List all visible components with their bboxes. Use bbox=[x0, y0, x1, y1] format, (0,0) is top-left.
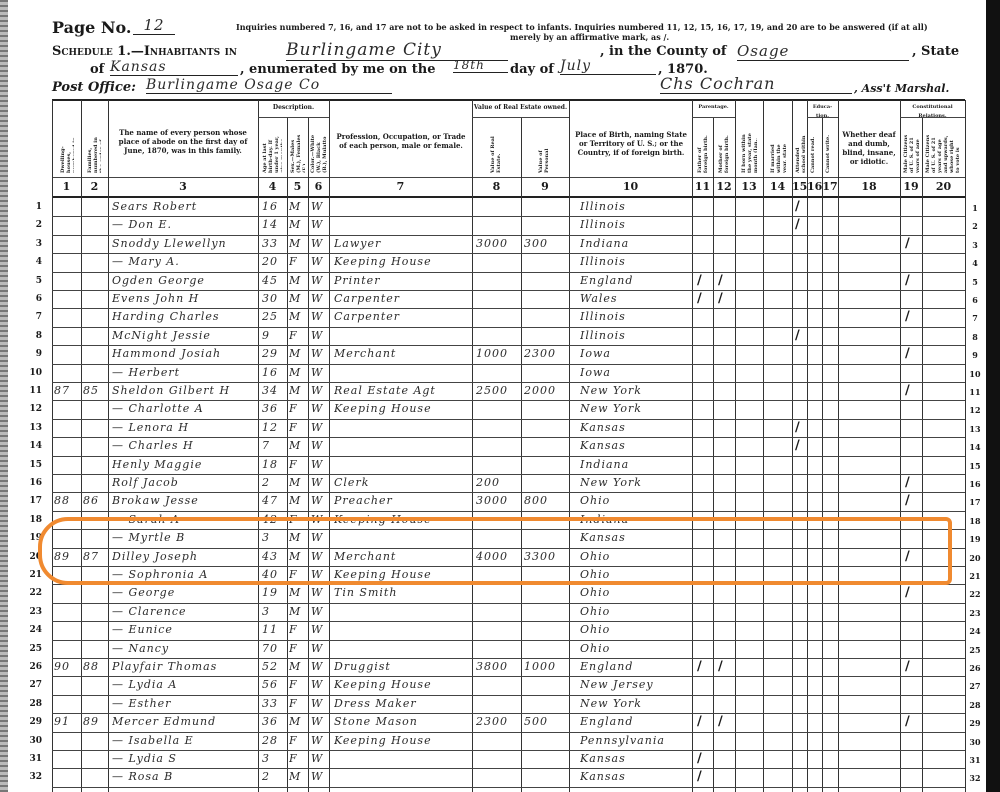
birthplace: New York bbox=[580, 697, 690, 710]
column-number: 19 bbox=[900, 180, 922, 193]
affirmative-mark: / bbox=[697, 714, 702, 729]
line-number-left: 15 bbox=[22, 460, 42, 470]
row-divider bbox=[52, 676, 965, 677]
person-name: — Isabella E bbox=[112, 734, 258, 747]
birthplace: New Jersey bbox=[580, 678, 690, 691]
line-number-left: 32 bbox=[22, 772, 42, 782]
age: 36 bbox=[262, 715, 286, 728]
line-number-right: 6 bbox=[966, 295, 984, 305]
line-number-left: 21 bbox=[22, 570, 42, 580]
line-number-right: 29 bbox=[966, 718, 984, 728]
age: 70 bbox=[262, 642, 286, 655]
row-divider bbox=[52, 511, 965, 512]
color: W bbox=[311, 274, 327, 287]
person-name: — Rosa B bbox=[112, 770, 258, 783]
personal-estate-value: 2000 bbox=[524, 384, 568, 397]
column-8-label: Value of Real Estate. bbox=[490, 133, 502, 173]
line-number-right: 22 bbox=[966, 589, 984, 599]
affirmative-mark: / bbox=[795, 328, 800, 343]
row-divider bbox=[52, 456, 965, 457]
column-number: 14 bbox=[763, 180, 792, 193]
color: W bbox=[311, 752, 327, 765]
sex: M bbox=[289, 310, 307, 323]
sex: F bbox=[289, 458, 307, 471]
color: W bbox=[311, 642, 327, 655]
person-name: Evens John H bbox=[112, 292, 258, 305]
color: W bbox=[311, 237, 327, 250]
dwelling-number: 87 bbox=[54, 384, 80, 397]
line-number-left: 12 bbox=[22, 404, 42, 414]
affirmative-mark: / bbox=[905, 714, 910, 729]
color: W bbox=[311, 458, 327, 471]
line-number-right: 32 bbox=[966, 773, 984, 783]
sex: M bbox=[289, 384, 307, 397]
line-number-left: 24 bbox=[22, 625, 42, 635]
birthplace: New York bbox=[580, 476, 690, 489]
affirmative-mark: / bbox=[697, 751, 702, 766]
column-20-label: Male Citizens of U. S. of 21 years of ag… bbox=[925, 133, 961, 173]
column-12-label: Mother of foreign birth. bbox=[718, 133, 730, 173]
line-number-right: 25 bbox=[966, 645, 984, 655]
affirmative-mark: / bbox=[905, 346, 910, 361]
column-number: 17 bbox=[822, 180, 838, 193]
row-divider bbox=[52, 750, 965, 751]
color: W bbox=[311, 384, 327, 397]
birthplace: Kansas bbox=[580, 770, 690, 783]
color: W bbox=[311, 678, 327, 691]
column-3-label: The name of every person whose place of … bbox=[112, 128, 254, 155]
table-top-border bbox=[52, 99, 965, 101]
row-divider bbox=[52, 419, 965, 420]
age: 33 bbox=[262, 237, 286, 250]
age: 12 bbox=[262, 421, 286, 434]
column-number: 11 bbox=[692, 180, 713, 193]
column-6-label: Color.—White (W.), Black (B.), Mulatto (… bbox=[310, 133, 327, 173]
column-13-label: If born within the year, state month (Ja… bbox=[741, 133, 757, 173]
age: 19 bbox=[262, 586, 286, 599]
person-name: — Nancy bbox=[112, 642, 258, 655]
affirmative-mark: / bbox=[795, 438, 800, 453]
sex: M bbox=[289, 476, 307, 489]
row-divider bbox=[52, 621, 965, 622]
color: W bbox=[311, 402, 327, 415]
column-11-label: Father of foreign birth. bbox=[697, 133, 709, 173]
row-divider bbox=[52, 290, 965, 291]
column-number: 18 bbox=[838, 180, 900, 193]
color: W bbox=[311, 660, 327, 673]
age: 28 bbox=[262, 734, 286, 747]
sex: F bbox=[289, 697, 307, 710]
column-number: 16 bbox=[807, 180, 822, 193]
family-number: 89 bbox=[83, 715, 107, 728]
person-name: — Don E. bbox=[112, 218, 258, 231]
occupation: Printer bbox=[334, 274, 470, 287]
row-divider bbox=[52, 713, 965, 714]
occupation: Preacher bbox=[334, 494, 470, 507]
column-4-label: Age at last birth-day. If under 1 year, … bbox=[262, 133, 282, 173]
age: 47 bbox=[262, 494, 286, 507]
column-2-label: Families, numbered in the order of visit… bbox=[87, 133, 101, 173]
age: 45 bbox=[262, 274, 286, 287]
sex: F bbox=[289, 402, 307, 415]
group-divider bbox=[258, 117, 329, 118]
line-number-right: 24 bbox=[966, 626, 984, 636]
occupation: Keeping House bbox=[334, 402, 470, 415]
family-number: 85 bbox=[83, 384, 107, 397]
birthplace: Kansas bbox=[580, 439, 690, 452]
birthplace: Ohio bbox=[580, 605, 690, 618]
line-number-right: 4 bbox=[966, 258, 984, 268]
color: W bbox=[311, 439, 327, 452]
occupation: Carpenter bbox=[334, 310, 470, 323]
color: W bbox=[311, 329, 327, 342]
age: 29 bbox=[262, 347, 286, 360]
age: 34 bbox=[262, 384, 286, 397]
birthplace: England bbox=[580, 274, 690, 287]
column-number: 9 bbox=[521, 180, 569, 193]
sex: F bbox=[289, 752, 307, 765]
column-9-label: Value of Personal Estate. bbox=[538, 133, 550, 173]
color: W bbox=[311, 255, 327, 268]
age: 9 bbox=[262, 329, 286, 342]
birthplace: Ohio bbox=[580, 586, 690, 599]
column-number: 8 bbox=[472, 180, 521, 193]
sex: M bbox=[289, 439, 307, 452]
line-number-right: 10 bbox=[966, 369, 984, 379]
age: 25 bbox=[262, 310, 286, 323]
age: 16 bbox=[262, 200, 286, 213]
birthplace: Wales bbox=[580, 292, 690, 305]
group-divider bbox=[807, 117, 838, 118]
row-divider bbox=[52, 382, 965, 383]
row-divider bbox=[52, 235, 965, 236]
birthplace: Indiana bbox=[580, 237, 690, 250]
personal-estate-value: 300 bbox=[524, 237, 568, 250]
line-number-right: 19 bbox=[966, 534, 984, 544]
family-number: 86 bbox=[83, 494, 107, 507]
line-number-right: 31 bbox=[966, 755, 984, 765]
color: W bbox=[311, 586, 327, 599]
color: W bbox=[311, 366, 327, 379]
occupation: Stone Mason bbox=[334, 715, 470, 728]
person-name: — Clarence bbox=[112, 605, 258, 618]
occupation: Keeping House bbox=[334, 734, 470, 747]
person-name: Harding Charles bbox=[112, 310, 258, 323]
column-number: 4 bbox=[258, 180, 287, 193]
scan-edge-right bbox=[986, 0, 1000, 792]
color: W bbox=[311, 623, 327, 636]
enumeration-day: 18th bbox=[453, 58, 508, 73]
line-number-left: 10 bbox=[22, 368, 42, 378]
person-name: Brokaw Jesse bbox=[112, 494, 258, 507]
person-name: — Lenora H bbox=[112, 421, 258, 434]
line-number-right: 2 bbox=[966, 221, 984, 231]
color: W bbox=[311, 310, 327, 323]
color: W bbox=[311, 292, 327, 305]
person-name: — Mary A. bbox=[112, 255, 258, 268]
highlight-annotation bbox=[38, 517, 952, 585]
column-number: 7 bbox=[329, 180, 472, 193]
occupation: Druggist bbox=[334, 660, 470, 673]
color: W bbox=[311, 218, 327, 231]
dwelling-number: 91 bbox=[54, 715, 80, 728]
occupation: Merchant bbox=[334, 347, 470, 360]
line-number-right: 9 bbox=[966, 350, 984, 360]
color: W bbox=[311, 476, 327, 489]
row-divider bbox=[52, 603, 965, 604]
instructions-line-1: Inquiries numbered 7, 16, and 17 are not… bbox=[236, 22, 996, 32]
personal-estate-value: 500 bbox=[524, 715, 568, 728]
real-estate-value: 3800 bbox=[476, 660, 520, 673]
column-18-label: Whether deaf and dumb, blind, insane, or… bbox=[840, 130, 898, 166]
color: W bbox=[311, 770, 327, 783]
line-number-right: 16 bbox=[966, 479, 984, 489]
color: W bbox=[311, 200, 327, 213]
real-estate-value: 200 bbox=[476, 476, 520, 489]
birthplace: Illinois bbox=[580, 200, 690, 213]
birthplace: Iowa bbox=[580, 366, 690, 379]
state-name: Kansas bbox=[110, 59, 238, 76]
birthplace: Ohio bbox=[580, 642, 690, 655]
person-name: McNight Jessie bbox=[112, 329, 258, 342]
line-number-left: 23 bbox=[22, 607, 42, 617]
row-divider bbox=[52, 308, 965, 309]
row-divider bbox=[52, 216, 965, 217]
line-number-left: 9 bbox=[22, 349, 42, 359]
sex: M bbox=[289, 292, 307, 305]
group-divider bbox=[692, 117, 735, 118]
affirmative-mark: / bbox=[718, 714, 723, 729]
age: 2 bbox=[262, 770, 286, 783]
column-number: 5 bbox=[287, 180, 308, 193]
real-estate-value: 2300 bbox=[476, 715, 520, 728]
age: 56 bbox=[262, 678, 286, 691]
color: W bbox=[311, 734, 327, 747]
sex: M bbox=[289, 237, 307, 250]
column-10-label: Place of Birth, naming State or Territor… bbox=[573, 130, 689, 157]
state-label: , State bbox=[912, 44, 959, 59]
line-number-right: 23 bbox=[966, 608, 984, 618]
real-estate-value: 3000 bbox=[476, 237, 520, 250]
post-office-label: Post Office: bbox=[52, 80, 136, 95]
birthplace: Ohio bbox=[580, 494, 690, 507]
page-number: 12 bbox=[133, 16, 175, 35]
affirmative-mark: / bbox=[697, 291, 702, 306]
line-number-right: 18 bbox=[966, 516, 984, 526]
group-header-description: Description. bbox=[258, 103, 329, 112]
line-number-left: 29 bbox=[22, 717, 42, 727]
line-number-left: 30 bbox=[22, 736, 42, 746]
birthplace: Kansas bbox=[580, 752, 690, 765]
person-name: Ogden George bbox=[112, 274, 258, 287]
row-divider bbox=[52, 492, 965, 493]
sex: M bbox=[289, 274, 307, 287]
group-header-education: Educa-tion. bbox=[807, 103, 838, 121]
person-name: Hammond Josiah bbox=[112, 347, 258, 360]
line-number-left: 26 bbox=[22, 662, 42, 672]
line-number-right: 20 bbox=[966, 553, 984, 563]
line-number-left: 3 bbox=[22, 239, 42, 249]
line-number-right: 1 bbox=[966, 203, 984, 213]
personal-estate-value: 2300 bbox=[524, 347, 568, 360]
marshal-signature: Chs Cochran bbox=[660, 74, 852, 94]
enumeration-month: July bbox=[560, 58, 656, 75]
group-header-value: Value of Real Estate owned. bbox=[472, 103, 569, 112]
sex: F bbox=[289, 642, 307, 655]
row-divider bbox=[52, 400, 965, 401]
enumerated-label: , enumerated by me on the bbox=[240, 62, 436, 77]
column-14-label: If married within the year, state month … bbox=[770, 133, 786, 173]
birthplace: Kansas bbox=[580, 421, 690, 434]
person-name: Henly Maggie bbox=[112, 458, 258, 471]
line-number-right: 5 bbox=[966, 277, 984, 287]
column-1-label: Dwelling-houses, numbered in the order o… bbox=[60, 133, 74, 173]
line-number-right: 15 bbox=[966, 461, 984, 471]
person-name: — Esther bbox=[112, 697, 258, 710]
age: 7 bbox=[262, 439, 286, 452]
scan-edge-left bbox=[0, 0, 8, 792]
person-name: Playfair Thomas bbox=[112, 660, 258, 673]
row-divider bbox=[52, 732, 965, 733]
line-number-right: 13 bbox=[966, 424, 984, 434]
column-7-label: Profession, Occupation, or Trade of each… bbox=[335, 132, 467, 150]
person-name: — Herbert bbox=[112, 366, 258, 379]
birthplace: Iowa bbox=[580, 347, 690, 360]
sex: M bbox=[289, 660, 307, 673]
age: 18 bbox=[262, 458, 286, 471]
birthplace: New York bbox=[580, 402, 690, 415]
age: 33 bbox=[262, 697, 286, 710]
color: W bbox=[311, 347, 327, 360]
person-name: — Charles H bbox=[112, 439, 258, 452]
line-number-left: 13 bbox=[22, 423, 42, 433]
age: 3 bbox=[262, 752, 286, 765]
affirmative-mark: / bbox=[905, 309, 910, 324]
line-number-left: 11 bbox=[22, 386, 42, 396]
age: 11 bbox=[262, 623, 286, 636]
line-number-right: 26 bbox=[966, 663, 984, 673]
marshal-label: , Ass't Marshal. bbox=[854, 82, 949, 95]
person-name: — Charlotte A bbox=[112, 402, 258, 415]
person-name: Sears Robert bbox=[112, 200, 258, 213]
column-number: 2 bbox=[81, 180, 108, 193]
age: 16 bbox=[262, 366, 286, 379]
person-name: — Eunice bbox=[112, 623, 258, 636]
affirmative-mark: / bbox=[795, 217, 800, 232]
line-number-left: 7 bbox=[22, 312, 42, 322]
day-of-label: day of bbox=[510, 62, 554, 77]
affirmative-mark: / bbox=[905, 475, 910, 490]
line-number-right: 7 bbox=[966, 313, 984, 323]
affirmative-mark: / bbox=[905, 273, 910, 288]
age: 52 bbox=[262, 660, 286, 673]
line-number-left: 27 bbox=[22, 680, 42, 690]
occupation: Carpenter bbox=[334, 292, 470, 305]
dwelling-number: 90 bbox=[54, 660, 80, 673]
person-name: Snoddy Llewellyn bbox=[112, 237, 258, 250]
color: W bbox=[311, 605, 327, 618]
line-number-left: 22 bbox=[22, 588, 42, 598]
line-number-right: 12 bbox=[966, 405, 984, 415]
line-number-right: 17 bbox=[966, 497, 984, 507]
affirmative-mark: / bbox=[795, 420, 800, 435]
color: W bbox=[311, 697, 327, 710]
sex: F bbox=[289, 421, 307, 434]
group-divider bbox=[900, 117, 965, 118]
column-number-divider bbox=[52, 196, 965, 198]
row-divider bbox=[52, 640, 965, 641]
sex: F bbox=[289, 623, 307, 636]
sex: F bbox=[289, 255, 307, 268]
color: W bbox=[311, 494, 327, 507]
line-number-right: 28 bbox=[966, 700, 984, 710]
line-number-right: 3 bbox=[966, 240, 984, 250]
column-number: 10 bbox=[569, 180, 692, 193]
schedule-label: Schedule 1.—Inhabitants in bbox=[52, 44, 237, 59]
line-number-left: 14 bbox=[22, 441, 42, 451]
affirmative-mark: / bbox=[905, 585, 910, 600]
sex: M bbox=[289, 218, 307, 231]
line-number-left: 1 bbox=[22, 202, 42, 212]
person-name: — Lydia S bbox=[112, 752, 258, 765]
sex: M bbox=[289, 586, 307, 599]
line-number-left: 16 bbox=[22, 478, 42, 488]
group-divider bbox=[472, 117, 569, 118]
line-number-left: 28 bbox=[22, 699, 42, 709]
affirmative-mark: / bbox=[697, 659, 702, 674]
column-number: 6 bbox=[308, 180, 329, 193]
row-divider bbox=[52, 253, 965, 254]
line-number-left: 5 bbox=[22, 276, 42, 286]
line-number-left: 31 bbox=[22, 754, 42, 764]
birthplace: New York bbox=[580, 384, 690, 397]
birthplace: Ohio bbox=[580, 623, 690, 636]
age: 20 bbox=[262, 255, 286, 268]
line-number-right: 30 bbox=[966, 737, 984, 747]
column-number: 20 bbox=[922, 180, 965, 193]
line-number-left: 4 bbox=[22, 257, 42, 267]
column-19-label: Male Citizens of U. S. of 21 years of ag… bbox=[903, 133, 919, 173]
color: W bbox=[311, 421, 327, 434]
column-15-label: Attended school within the year. bbox=[795, 133, 805, 173]
affirmative-mark: / bbox=[718, 659, 723, 674]
dwelling-number: 88 bbox=[54, 494, 80, 507]
birthplace: Pennsylvania bbox=[580, 734, 690, 747]
line-number-right: 11 bbox=[966, 387, 984, 397]
real-estate-value: 2500 bbox=[476, 384, 520, 397]
affirmative-mark: / bbox=[795, 199, 800, 214]
row-divider bbox=[52, 768, 965, 769]
group-header-constitutional: Constitutional Relations. bbox=[900, 103, 965, 121]
occupation: Keeping House bbox=[334, 255, 470, 268]
birthplace: Indiana bbox=[580, 458, 690, 471]
person-name: Mercer Edmund bbox=[112, 715, 258, 728]
column-5-label: Sex.—Males (M.), Females (F.) bbox=[290, 133, 305, 173]
sex: M bbox=[289, 494, 307, 507]
affirmative-mark: / bbox=[718, 291, 723, 306]
column-number: 13 bbox=[735, 180, 763, 193]
person-name: — Lydia A bbox=[112, 678, 258, 691]
line-number-left: 6 bbox=[22, 294, 42, 304]
age: 2 bbox=[262, 476, 286, 489]
group-header-parentage: Parentage. bbox=[692, 103, 735, 112]
line-number-right: 14 bbox=[966, 442, 984, 452]
affirmative-mark: / bbox=[905, 383, 910, 398]
page-label: Page No. bbox=[52, 18, 132, 37]
column-17-label: Cannot write. bbox=[825, 133, 835, 173]
row-divider bbox=[52, 327, 965, 328]
age: 36 bbox=[262, 402, 286, 415]
